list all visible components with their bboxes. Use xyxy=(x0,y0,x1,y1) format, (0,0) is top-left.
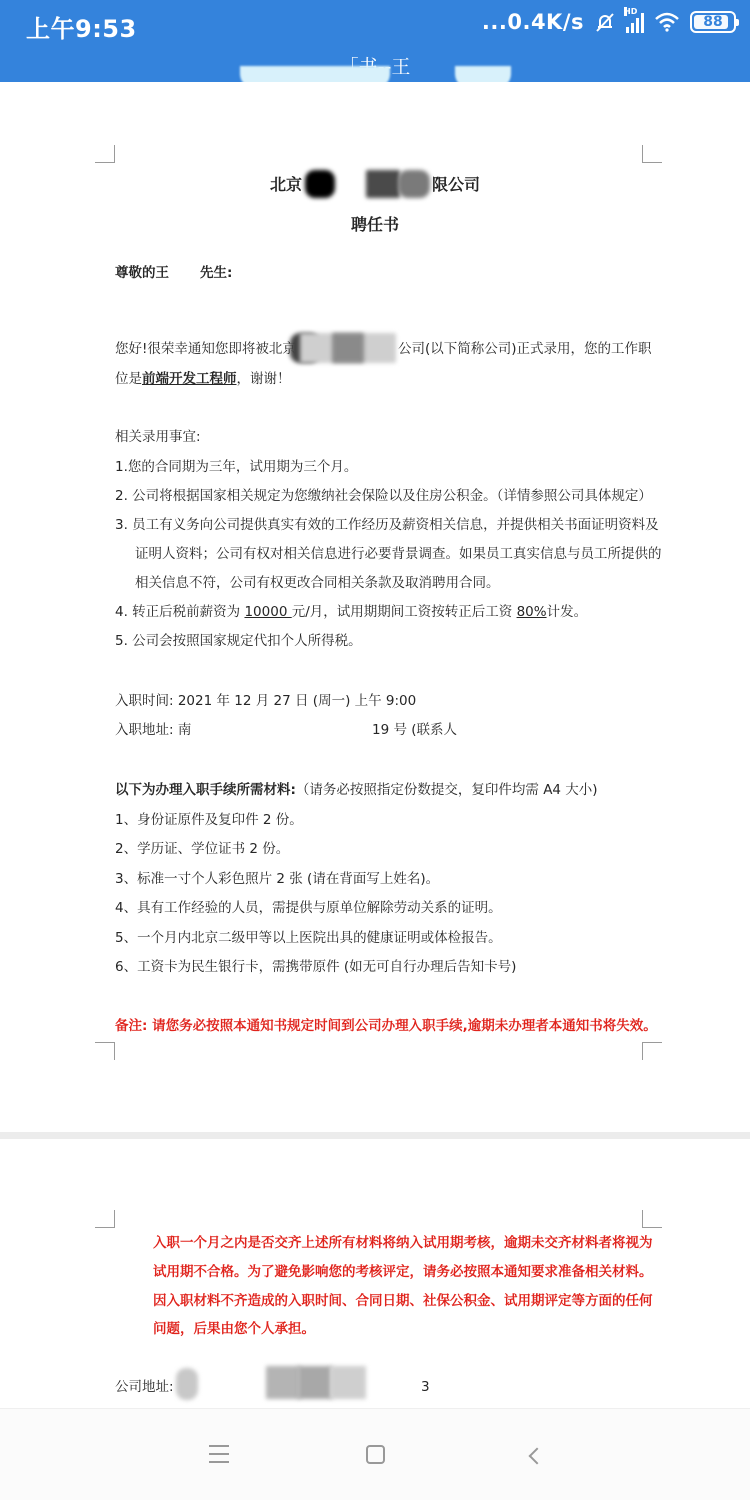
probation-ratio: 80% xyxy=(517,604,547,620)
redaction-blur xyxy=(330,1366,366,1399)
warning-line: 问题，后果由您个人承担。 xyxy=(153,1320,315,1338)
entry-address-prefix: 入职地址: 南 xyxy=(115,721,191,739)
warning-line: 入职一个月之内是否交齐上述所有材料将纳入试用期考核，逾期未交齐材料者将视为 xyxy=(153,1234,653,1252)
hd-label: HD xyxy=(624,7,627,16)
page-corner-mark xyxy=(642,1042,662,1060)
redaction-blur xyxy=(298,1366,332,1399)
material-item: 3、标准一寸个人彩色照片 2 张 (请在背面写上姓名)。 xyxy=(115,870,439,888)
redaction-blur xyxy=(176,1368,198,1400)
salutation-prefix: 尊敬的王 xyxy=(115,264,169,282)
entry-time: 入职时间: 2021 年 12 月 27 日 (周一) 上午 9:00 xyxy=(115,692,416,710)
system-nav-bar xyxy=(0,1408,750,1500)
material-item: 5、一个月内北京二级甲等以上医院出具的健康证明或体检报告。 xyxy=(115,929,502,947)
warning-line: 试用期不合格。为了避免影响您的考核评定，请务必按照本通知要求准备相关材料。 xyxy=(153,1263,653,1281)
materials-heading: 以下为办理入职手续所需材料: xyxy=(115,782,296,798)
salary-amount: 10000 xyxy=(244,604,291,620)
battery-level: 88 xyxy=(703,14,722,30)
intro-line2-suffix: ，谢谢！ xyxy=(237,371,291,387)
company-name-prefix: 北京 xyxy=(270,176,302,194)
wifi-icon xyxy=(654,11,680,33)
matter-item: 1.您的合同期为三年，试用期为三个月。 xyxy=(115,458,357,476)
page-corner-mark xyxy=(95,1210,115,1228)
company-address-suffix: 3 xyxy=(421,1378,430,1396)
intro-line1-prefix: 您好!很荣幸通知您即将被北京 xyxy=(115,340,296,358)
redaction-blur xyxy=(398,170,430,198)
page-separator xyxy=(0,1132,750,1139)
page-corner-mark xyxy=(95,145,115,163)
bell-muted-icon xyxy=(594,11,616,33)
materials-note: （请务必按照指定份数提交，复印件均需 A4 大小) xyxy=(296,782,598,798)
page-corner-mark xyxy=(95,1042,115,1060)
matters-heading: 相关录用事宜: xyxy=(115,428,201,446)
matter-item-continued: 证明人资料；公司有权对相关信息进行必要背景调查。如果员工真实信息与员工所提供的 xyxy=(135,545,662,563)
salary-suffix: 计发。 xyxy=(547,604,588,620)
redaction-blur xyxy=(366,170,400,198)
status-icons: ...0.4K/s HD 88 xyxy=(482,10,736,34)
salary-item: 4. 转正后税前薪资为 10000 元/月，试用期期间工资按转正后工资 80%计… xyxy=(115,603,587,621)
material-item: 6、工资卡为民生银行卡，需携带原件 (如无可自行办理后告知卡号) xyxy=(115,958,516,976)
salutation-suffix: 先生: xyxy=(200,264,232,282)
remark-note: 备注: 请您务必按照本通知书规定时间到公司办理入职手续,逾期未办理者本通知书将失… xyxy=(115,1017,657,1035)
home-button[interactable] xyxy=(366,1445,385,1464)
intro-line2-prefix: 位是 xyxy=(115,371,142,387)
battery-icon: 88 xyxy=(690,11,736,33)
page-corner-mark xyxy=(642,1210,662,1228)
redaction-blur xyxy=(332,333,364,363)
matter-item: 5. 公司会按照国家规定代扣个人所得税。 xyxy=(115,632,362,650)
document-heading: 聘任书 xyxy=(0,216,750,234)
redaction-blur xyxy=(305,170,335,198)
salary-mid: 元/月，试用期期间工资按转正后工资 xyxy=(292,604,517,620)
material-item: 1、身份证原件及复印件 2 份。 xyxy=(115,811,303,829)
entry-address-contact: 19 号 (联系人 xyxy=(372,721,457,739)
salary-prefix: 4. 转正后税前薪资为 xyxy=(115,604,244,620)
matter-item: 2. 公司将根据国家相关规定为您缴纳社会保险以及住房公积金。（详情参照公司具体规… xyxy=(115,487,652,505)
warning-line: 因入职材料不齐造成的入职时间、合同日期、社保公积金、试用期评定等方面的任何 xyxy=(153,1292,653,1310)
company-address-label: 公司地址: xyxy=(115,1378,174,1396)
material-item: 2、学历证、学位证书 2 份。 xyxy=(115,840,289,858)
matter-item-continued: 相关信息不符，公司有权更改合同相关条款及取消聘用合同。 xyxy=(135,574,500,592)
intro-line2: 位是前端开发工程师，谢谢！ xyxy=(115,370,291,388)
menu-button[interactable] xyxy=(209,1445,233,1467)
material-item: 4、具有工作经验的人员，需提供与原单位解除劳动关系的证明。 xyxy=(115,899,502,917)
page-corner-mark xyxy=(642,145,662,163)
job-position: 前端开发工程师 xyxy=(142,371,237,387)
status-time: 上午9:53 xyxy=(26,9,137,44)
intro-line1-suffix: 公司(以下简称公司)正式录用，您的工作职 xyxy=(398,340,652,358)
network-speed: ...0.4K/s xyxy=(482,10,584,34)
company-name-suffix: 限公司 xyxy=(432,176,480,194)
signal-icon: HD xyxy=(626,11,644,33)
materials-heading-line: 以下为办理入职手续所需材料:（请务必按照指定份数提交，复印件均需 A4 大小) xyxy=(115,781,598,799)
matter-item: 3. 员工有义务向公司提供真实有效的工作经历及薪资相关信息，并提供相关书面证明资… xyxy=(115,516,659,534)
back-button[interactable] xyxy=(529,1448,546,1465)
redaction-blur xyxy=(266,1366,300,1399)
